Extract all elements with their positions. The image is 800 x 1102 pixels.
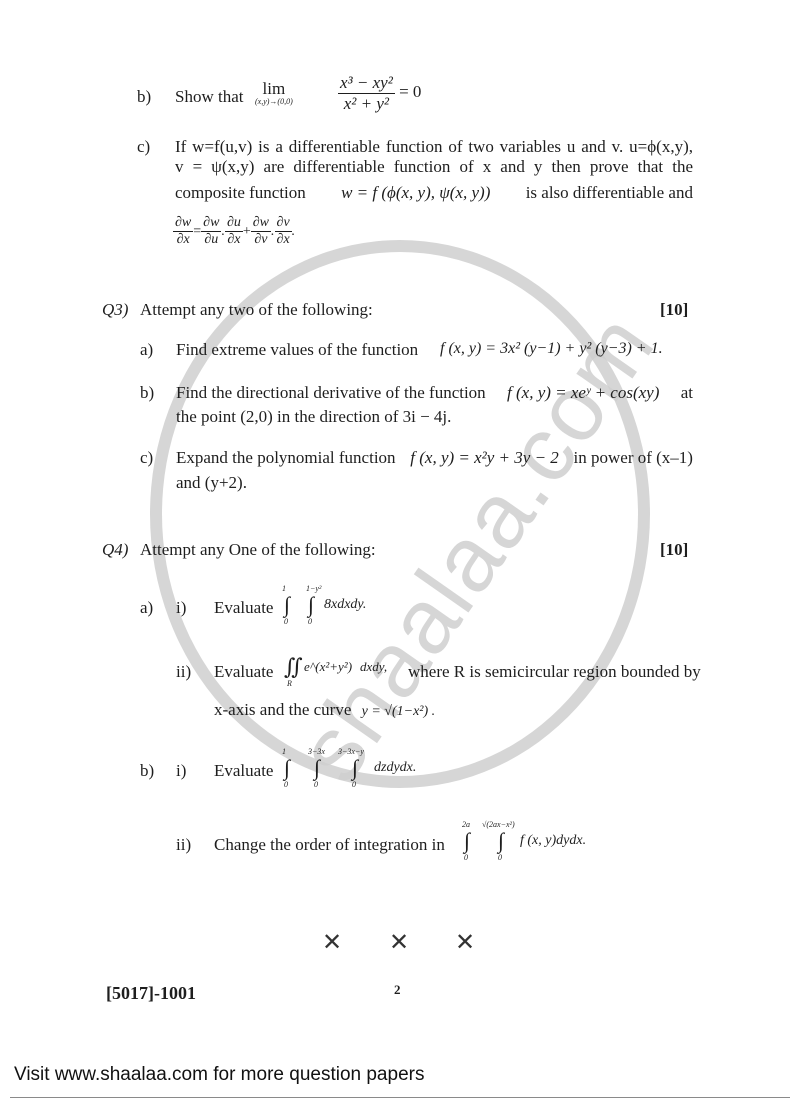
q4aii-line2: x-axis and the curve y = √(1−x²) . [214,700,435,720]
q4aii-post: where R is semicircular region bounded b… [408,662,701,682]
q2c-label: c) [137,137,150,157]
integral-sign-icon: 3−3x∫0 [312,751,326,785]
q2b-text: Show that [175,87,243,107]
q2b-label: b) [137,87,151,107]
footer-divider [10,1097,790,1098]
q2b-numerator: x³ − xy² [338,73,395,94]
q4aii-integrand: e^(x²+y²) [304,659,352,674]
q2c-line2: v = ψ(x,y) are differentiable function o… [175,157,693,177]
q4ai-label: i) [176,598,186,618]
q2b-fraction: x³ − xy²x² + y² = 0 [338,73,421,113]
q4ai-text: Evaluate [214,598,273,618]
q3b-line1: Find the directional derivative of the f… [176,383,693,403]
q4-number: Q4) [102,540,128,560]
lower-limit: 0 [498,853,502,862]
q2c-line1: If w=f(u,v) is a differentiable function… [175,137,693,157]
q3c-math: f (x, y) = x²y + 3y − 2 [410,448,559,468]
integral-sign-icon: √(2ax−x²)∫0 [496,824,510,858]
lower-limit: 0 [464,853,468,862]
end-cross-icon: ✕ [389,928,409,956]
lim-subscript: (x,y)→(0,0) [255,97,293,107]
q4bi-text: Evaluate [214,761,273,781]
lower-limit: 0 [352,780,356,789]
q3b-label: b) [140,383,154,403]
q4-instruction: Attempt any One of the following: [140,540,376,560]
integral-sign-icon: 1∫0 [282,588,296,622]
q4bii-integral: 2a∫0 √(2ax−x²)∫0 f (x, y)dydx. [462,824,586,858]
q4aii-label: ii) [176,662,191,682]
q4aii-text: Evaluate [214,662,273,682]
promo-link[interactable]: Visit www.shaalaa.com for more question … [14,1064,424,1086]
q4-marks: [10] [660,540,688,560]
lower-limit: 0 [314,780,318,789]
region-label: R [287,679,292,688]
frac-n: ∂v [275,215,292,232]
lower-limit: 0 [284,617,288,626]
q3a-text: Find extreme values of the function [176,340,418,360]
q4bii-label: ii) [176,835,191,855]
integral-sign-icon: 1∫0 [282,751,296,785]
q4bi-integrand: dzdydx. [374,760,416,775]
frac-d: ∂x [275,232,292,248]
q2c-line3-pre: composite function [175,183,306,203]
q3b-line2: the point (2,0) in the direction of 3i −… [176,407,451,427]
q3b-math: f (x, y) = xeʸ + cos(xy) [507,383,659,403]
q4a-label: a) [140,598,153,618]
q3a-label: a) [140,340,153,360]
frac-n: ∂w [251,215,271,232]
q3-number: Q3) [102,300,128,320]
q3c-line1: Expand the polynomial function f (x, y) … [176,448,693,468]
q4aii-diff: dxdy, [360,659,387,674]
q4bii-integrand: f (x, y)dydx. [520,833,586,848]
q4aii-curve-math: y = √(1−x²) . [362,704,436,719]
q4ai-integrand: 8xdxdy. [324,597,366,612]
q2c-composite-math: w = f (ϕ(x, y), ψ(x, y)) [341,183,490,203]
end-cross-icon: ✕ [322,928,342,956]
integral-sign-icon: 3−3x−y∫0 [350,751,364,785]
frac-n: ∂w [201,215,221,232]
q4aii-double-integral: ∬R e^(x²+y²) dxdy, [282,650,387,684]
frac-n: ∂u [225,215,243,232]
q2b-denominator: x² + y² [342,94,391,114]
frac-d: ∂v [252,232,269,248]
q2b-limit: lim (x,y)→(0,0) [255,80,293,107]
q2b-rhs: = 0 [399,82,421,101]
q4bii-text: Change the order of integration in [214,835,445,855]
q4b-label: b) [140,761,154,781]
integral-sign-icon: 2a∫0 [462,824,476,858]
q3c-label: c) [140,448,153,468]
q3-marks: [10] [660,300,688,320]
upper-limit: 3−3x−y [338,747,364,756]
q3-instruction: Attempt any two of the following: [140,300,373,320]
page-number: 2 [394,982,401,998]
frac-n: ∂w [173,215,193,232]
double-integral-icon: ∬R [282,650,300,684]
frac-d: ∂x [225,232,242,248]
frac-d: ∂u [202,232,220,248]
lim-word: lim [255,80,293,97]
q4ai-integral: 1∫0 1−y²∫0 8xdxdy. [282,588,366,622]
integral-sign-icon: 1−y²∫0 [306,588,320,622]
q3b-text: Find the directional derivative of the f… [176,383,486,403]
end-cross-icon: ✕ [455,928,475,956]
q3c-text: Expand the polynomial function [176,448,396,468]
q2c-chain-rule: ∂w∂x=∂w∂u.∂u∂x+∂w∂v.∂v∂x. [173,215,295,248]
q3a-math: f (x, y) = 3x² (y−1) + y² (y−3) + 1. [440,340,663,358]
q3c-post: in power of (x–1) [574,448,693,468]
q4aii-line2-pre: x-axis and the curve [214,700,351,719]
q3b-post: at [681,383,693,403]
q4bi-label: i) [176,761,186,781]
q4bi-triple-integral: 1∫0 3−3x∫0 3−3x−y∫0 dzdydx. [282,751,416,785]
q3c-line2: and (y+2). [176,473,247,493]
frac-d: ∂x [175,232,192,248]
lower-limit: 0 [308,617,312,626]
q2c-line3: composite function w = f (ϕ(x, y), ψ(x, … [175,183,693,203]
lower-limit: 0 [284,780,288,789]
paper-code: [5017]-1001 [106,983,196,1004]
q2c-line3-post: is also differentiable and [526,183,693,203]
